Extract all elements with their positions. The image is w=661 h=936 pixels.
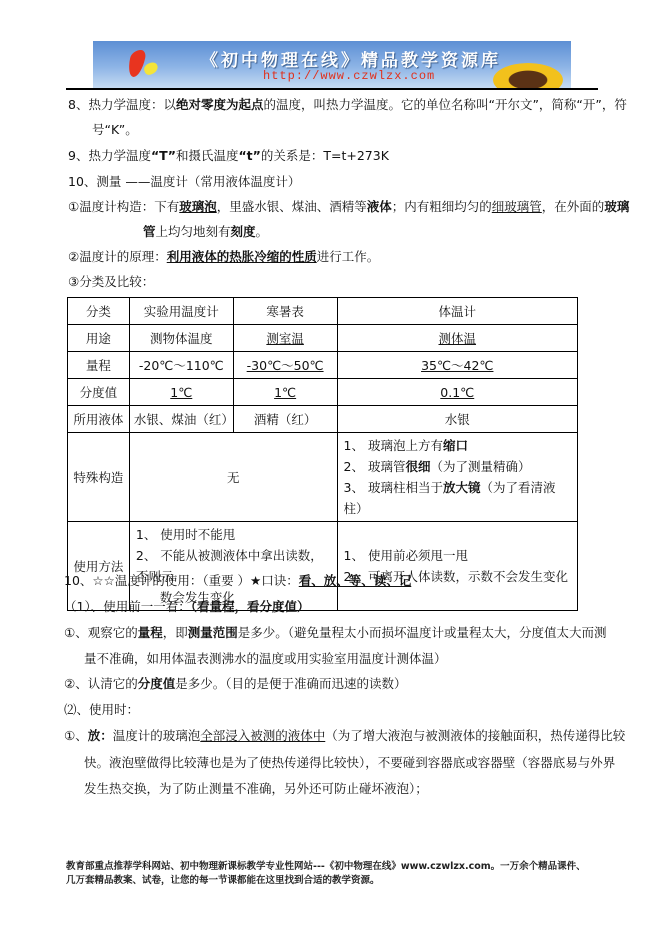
table-header-cell: 实验用温度计 <box>129 298 233 325</box>
table-row: 量程 -20℃～110℃ -30℃～50℃ 35℃～42℃ <box>68 352 578 379</box>
table-header-cell: 体温计 <box>337 298 577 325</box>
text: 温度计的玻璃泡 <box>113 728 201 743</box>
table-header-cell: 分类 <box>68 298 130 325</box>
bold-text: 玻璃泡 <box>179 199 217 214</box>
header-divider <box>66 88 598 90</box>
structure-line2: 管上均匀地刻有刻度。 <box>143 224 268 240</box>
section-10-title: 10、测量 ——温度计（常用液体温度计） <box>68 174 300 190</box>
text: ②、认清它的 <box>64 676 138 691</box>
text: 是多少。（目的是便于准确而迅速的读数） <box>175 676 406 691</box>
bold-text: （看量程，看分度值） <box>191 599 310 614</box>
table-cell: 水银 <box>337 406 577 433</box>
text: ②温度计的原理： <box>68 249 167 264</box>
table-cell: 测室温 <box>233 325 337 352</box>
text: 。 <box>256 224 269 239</box>
usage-item: 1、 使用时不能甩 <box>136 524 331 545</box>
table-row: 用途 测物体温度 测室温 测体温 <box>68 325 578 352</box>
section-8-line1: 8、热力学温度：以绝对零度为起点的温度，叫热力学温度。它的单位名称叫“开尔文”，… <box>68 97 627 113</box>
text: ，即 <box>163 625 188 640</box>
row-label: 所用液体 <box>68 406 130 433</box>
table-header-cell: 寒暑表 <box>233 298 337 325</box>
underlined-text: 全部浸入被测的液体中 <box>200 728 325 743</box>
table-cell: 0.1℃ <box>337 379 577 406</box>
banner-url: http://www.czwlzx.com <box>263 69 435 83</box>
text: 的关系是：T=t+273K <box>261 148 389 163</box>
footer-line: 几万套精品教案、试卷，让您的每一节课都能在这里找到合适的教学资源。 <box>66 874 586 888</box>
text: 1、 玻璃泡上方有 <box>344 438 443 453</box>
text: 进行工作。 <box>317 249 380 264</box>
classify-title: ③分类及比较： <box>68 274 154 290</box>
bold-text: 玻璃 <box>604 199 629 214</box>
usage-item: 1、 使用前必须甩一甩 <box>344 545 571 566</box>
thermometer-comparison-table: 分类 实验用温度计 寒暑表 体温计 用途 测物体温度 测室温 测体温 量程 -2… <box>67 297 578 611</box>
table-cell: 测物体温度 <box>129 325 233 352</box>
text: 8、热力学温度：以 <box>68 97 176 112</box>
header-banner: 《初中物理在线》精品教学资源库 http://www.czwlzx.com <box>93 41 571 88</box>
row-label: 特殊构造 <box>68 433 130 522</box>
bold-text: 量程 <box>138 625 163 640</box>
section-9: 9、热力学温度“T”和摄氏温度“t”的关系是：T=t+273K <box>68 148 389 164</box>
text: ①、观察它的 <box>64 625 138 640</box>
bold-text: 绝对零度为起点 <box>176 97 264 112</box>
bold-text: 管 <box>143 224 156 239</box>
table-cell-usage-body: 1、 使用前必须甩一甩 2、 可离开人体读数，示数不会发生变化 <box>337 522 577 611</box>
text: 的温度，叫热力学温度。它的单位名称叫“开尔文”，简称“开”，符 <box>263 97 626 112</box>
text: 10、☆☆温度计的使用：（重要 ）★口诀： <box>64 573 299 588</box>
text: 和摄氏温度 <box>176 148 239 163</box>
underlined-text: 细玻璃管 <box>492 199 542 214</box>
usage-put-line1: ①、放：温度计的玻璃泡全部浸入被测的液体中（为了增大液泡与被测液体的接触面积，热… <box>64 728 625 744</box>
table-cell: 1℃ <box>129 379 233 406</box>
row-label: 分度值 <box>68 379 130 406</box>
bold-text: 液体 <box>367 199 392 214</box>
table-cell: 无 <box>129 433 337 522</box>
usage-title: 10、☆☆温度计的使用：（重要 ）★口诀：看、放、等、读、记 <box>64 573 411 589</box>
footer-line: 教育部重点推荐学科网站、初中物理新课标教学专业性网站---《初中物理在线》www… <box>66 860 586 874</box>
text: ①温度计构造：下有 <box>68 199 179 214</box>
text: 3、 玻璃柱相当于 <box>344 480 443 495</box>
text: （1）、使用前一一看： <box>64 599 191 614</box>
bold-text: 分度值 <box>138 676 176 691</box>
table-cell: 1℃ <box>233 379 337 406</box>
bold-text: 很细 <box>405 459 430 474</box>
principle-line: ②温度计的原理：利用液体的热胀冷缩的性质进行工作。 <box>68 249 379 265</box>
table-cell: -30℃～50℃ <box>233 352 337 379</box>
table-cell: 35℃～42℃ <box>337 352 577 379</box>
text: 是多少。（避免量程太小而损坏温度计或量程太大，分度值太大而测 <box>238 625 607 640</box>
usage-put-line3: 发生热交换，为了防止测量不准确，另外还可防止碰坏液泡）； <box>84 781 428 797</box>
usage-observe-line1: ①、观察它的量程，即测量范围是多少。（避免量程太小而损坏温度计或量程太大，分度值… <box>64 625 607 641</box>
table-row: 分度值 1℃ 1℃ 0.1℃ <box>68 379 578 406</box>
page-footer: 教育部重点推荐学科网站、初中物理新课标教学专业性网站---《初中物理在线》www… <box>66 860 586 888</box>
usage-step1: （1）、使用前一一看：（看量程，看分度值） <box>64 599 309 615</box>
table-header-row: 分类 实验用温度计 寒暑表 体温计 <box>68 298 578 325</box>
table-cell: 酒精（红） <box>233 406 337 433</box>
table-row-special: 特殊构造 无 1、 玻璃泡上方有缩口 2、 玻璃管很细（为了测量精确） 3、 玻… <box>68 433 578 522</box>
table-cell-special-body: 1、 玻璃泡上方有缩口 2、 玻璃管很细（为了测量精确） 3、 玻璃柱相当于放大… <box>337 433 577 522</box>
table-cell: -20℃～110℃ <box>129 352 233 379</box>
row-label: 用途 <box>68 325 130 352</box>
usage-division-line: ②、认清它的分度值是多少。（目的是便于准确而迅速的读数） <box>64 676 407 692</box>
bold-text: “T” <box>151 148 176 163</box>
banner-title: 《初中物理在线》精品教学资源库 <box>201 46 501 71</box>
bold-text: 放： <box>88 728 113 743</box>
table-cell: 水银、煤油（红） <box>129 406 233 433</box>
text: 上均匀地刻有 <box>156 224 231 239</box>
special-item: 3、 玻璃柱相当于放大镜（为了看清液柱） <box>344 477 571 519</box>
sunflower-icon <box>493 63 563 88</box>
table-row: 所用液体 水银、煤油（红） 酒精（红） 水银 <box>68 406 578 433</box>
table-cell: 测体温 <box>337 325 577 352</box>
section-8-line2: 号“K”。 <box>92 122 138 138</box>
bold-text: 放大镜 <box>443 480 481 495</box>
bold-text: 测量范围 <box>188 625 238 640</box>
structure-line1: ①温度计构造：下有玻璃泡，里盛水银、煤油、酒精等液体；内有粗细均匀的细玻璃管，在… <box>68 199 629 215</box>
text: ，里盛水银、煤油、酒精等 <box>217 199 367 214</box>
row-label: 使用方法 <box>68 522 130 611</box>
special-item: 2、 玻璃管很细（为了测量精确） <box>344 456 571 477</box>
text: 2、 玻璃管 <box>344 459 406 474</box>
logo-yellow-shape-icon <box>142 61 159 77</box>
row-label: 量程 <box>68 352 130 379</box>
usage-step2: ⑵、使用时： <box>64 702 139 718</box>
text: ；内有粗细均匀的 <box>392 199 492 214</box>
bold-text: 刻度 <box>231 224 256 239</box>
text: （为了增大液泡与被测液体的接触面积，热传递得比较 <box>325 728 625 743</box>
table-row-usage: 使用方法 1、 使用时不能甩 2、 不能从被测液体中拿出读数，否则示 数会发生变… <box>68 522 578 611</box>
usage-put-line2: 快。液泡壁做得比较薄也是为了使热传递得比较快），不要碰到容器底或容器壁（容器底易… <box>84 755 615 771</box>
mnemonic-text: 看、放、等、读、记 <box>299 573 412 588</box>
bold-text: “t” <box>238 148 260 163</box>
bold-text: 利用液体的热胀冷缩的性质 <box>167 249 317 264</box>
table-cell-usage-common: 1、 使用时不能甩 2、 不能从被测液体中拿出读数，否则示 数会发生变化 <box>129 522 337 611</box>
text: （为了测量精确） <box>430 459 530 474</box>
special-item: 1、 玻璃泡上方有缩口 <box>344 435 571 456</box>
text: 9、热力学温度 <box>68 148 151 163</box>
text: ，在外面的 <box>542 199 605 214</box>
bold-text: 缩口 <box>443 438 468 453</box>
logo-red-shape-icon <box>126 50 147 77</box>
usage-observe-line2: 量不准确，如用体温表测沸水的温度或用实验室用温度计测体温） <box>84 651 447 667</box>
text: ①、 <box>64 728 88 743</box>
